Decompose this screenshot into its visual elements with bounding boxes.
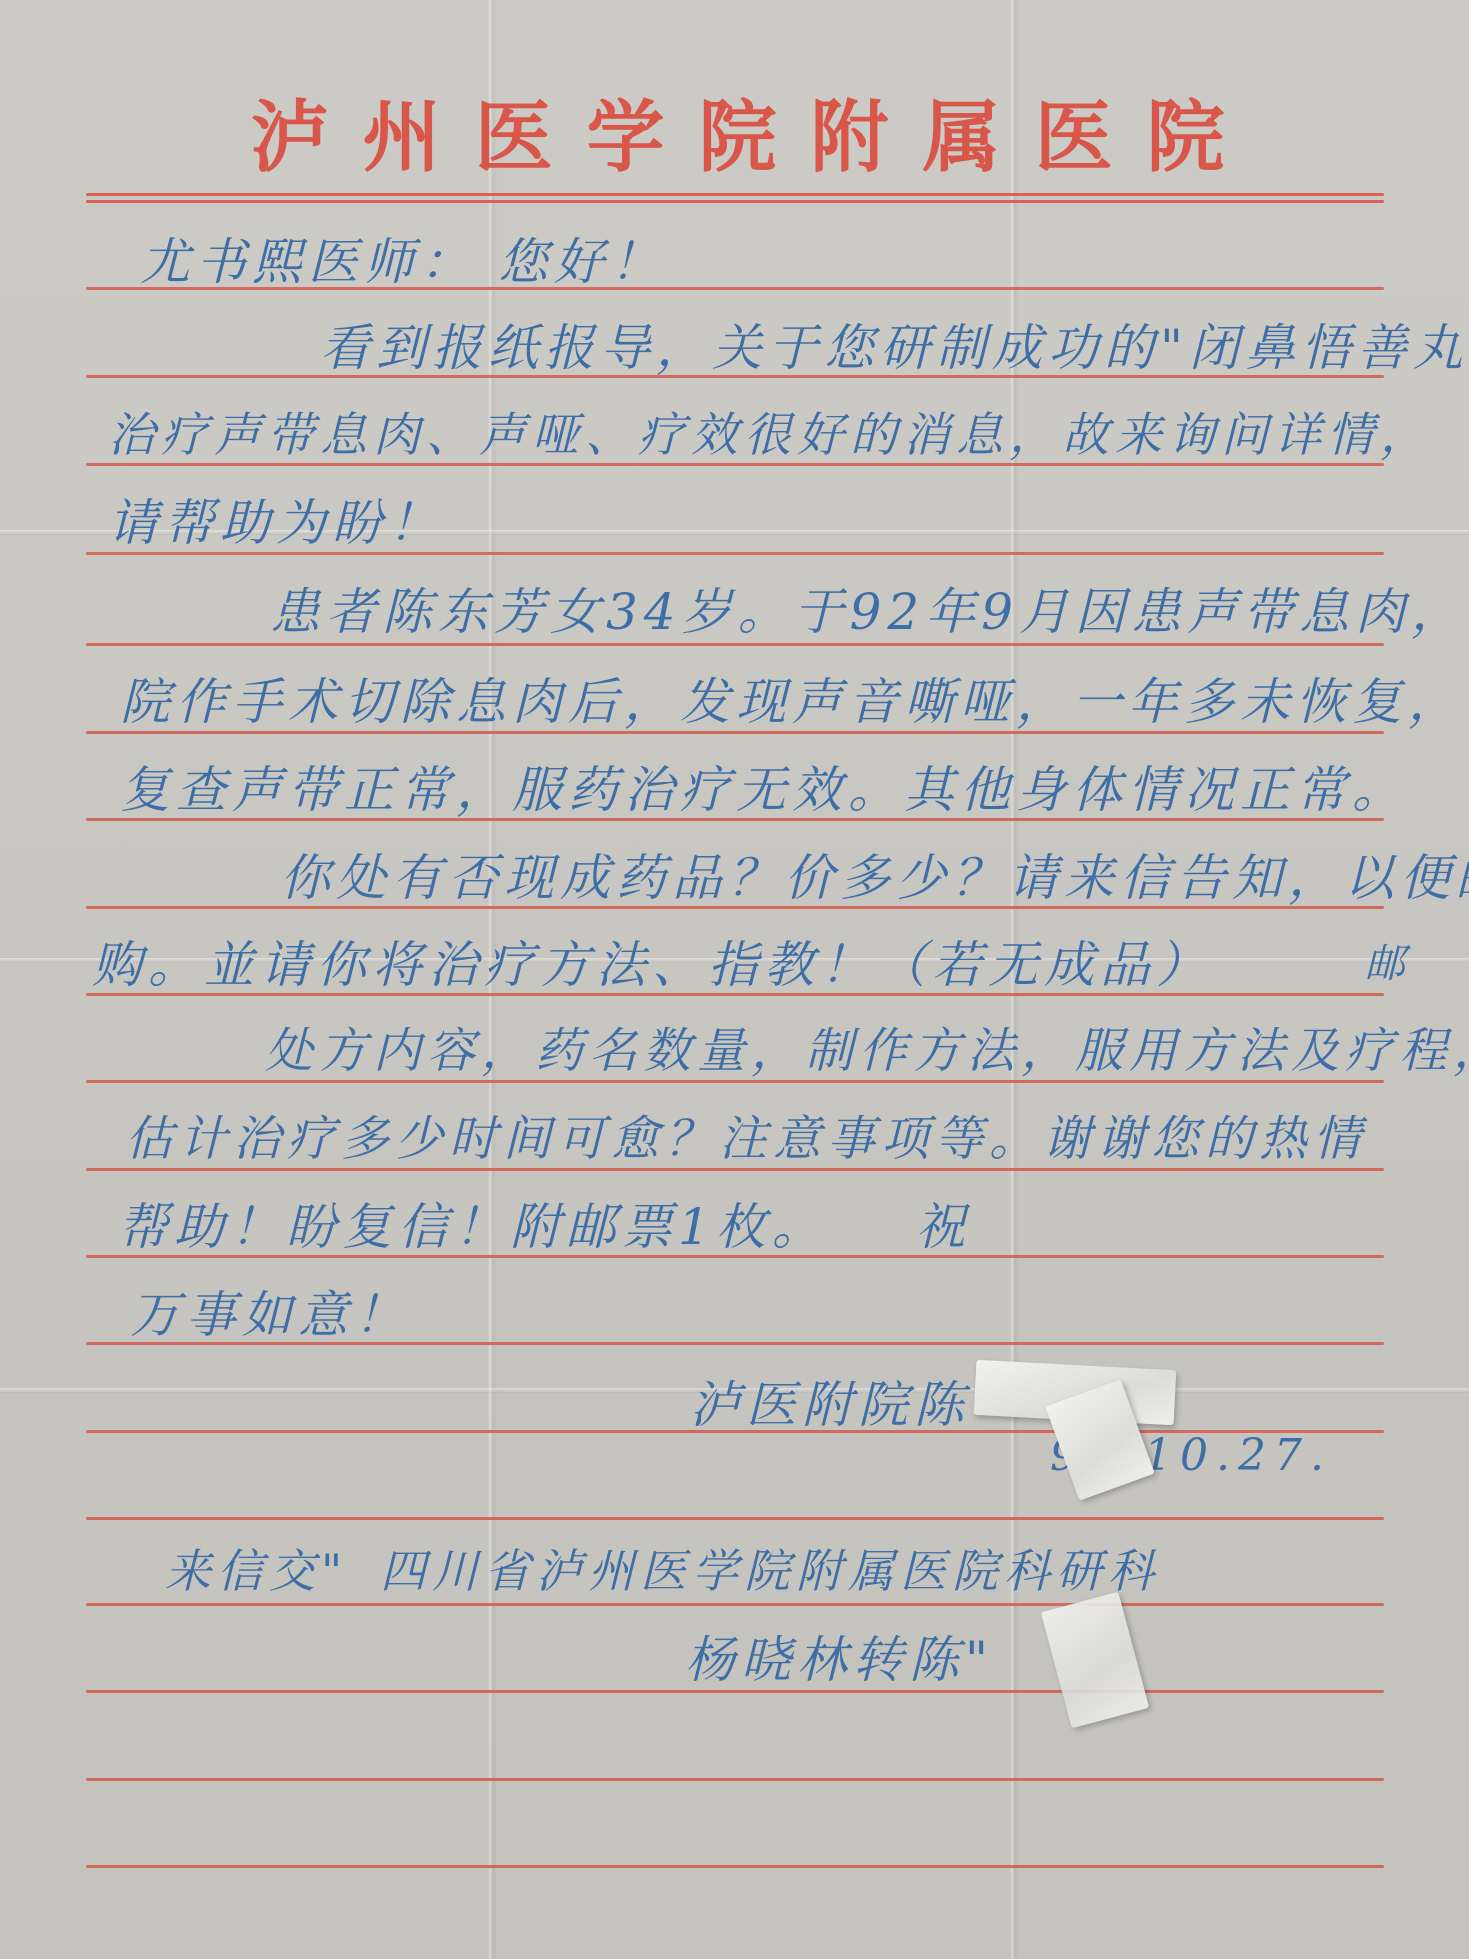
ruled-line bbox=[86, 1865, 1384, 1868]
body-line: 治疗声带息肉、声哑、疗效很好的消息，故来询问详情， bbox=[108, 398, 1433, 465]
salutation: 尤书熙医师： 您好！ bbox=[140, 222, 666, 294]
body-line: 看到报纸报导，关于您研制成功的"闭鼻悟善丸" bbox=[320, 308, 1469, 380]
signature: 泸医附院陈 bbox=[690, 1365, 970, 1437]
body-line: 请帮助为盼！ bbox=[108, 483, 444, 555]
margin-note: 邮 bbox=[1365, 932, 1405, 989]
ruled-line bbox=[86, 1778, 1384, 1781]
ruled-line bbox=[86, 1517, 1384, 1520]
body-line: 复查声带正常，服药治疗无效。其他身体情况正常。 bbox=[120, 750, 1408, 822]
body-line: 你处有否现成药品？价多少？请来信告知，以便邮 bbox=[280, 838, 1469, 910]
letterhead-rule bbox=[86, 200, 1384, 203]
body-line: 购。並请你将治疗方法、指教！（若无成品） bbox=[92, 925, 1212, 997]
letterhead-title: 泸州医学院附属医院 bbox=[0, 75, 1469, 187]
ruled-line bbox=[86, 1603, 1384, 1606]
return-address-label: 来信交" bbox=[165, 1535, 348, 1601]
letterhead-rule bbox=[86, 193, 1384, 196]
body-line: 帮助！盼复信！附邮票1枚。 祝 bbox=[118, 1187, 971, 1259]
return-address: 四川省泸州医学院附属医院科研科 bbox=[380, 1535, 1160, 1601]
return-recipient: 杨晓林转陈" bbox=[685, 1620, 994, 1692]
body-line: 患者陈东芳女34岁。于92年9月因患声带息肉，在医 bbox=[270, 572, 1469, 644]
closing: 万事如意！ bbox=[130, 1275, 410, 1347]
body-line: 估计治疗多少时间可愈？注意事项等。谢谢您的热情 bbox=[125, 1100, 1367, 1169]
body-line: 院作手术切除息肉后，发现声音嘶哑，一年多未恢复， bbox=[120, 662, 1464, 734]
body-line: 处方内容，药名数量，制作方法，服用方法及疗程， bbox=[265, 1012, 1469, 1081]
